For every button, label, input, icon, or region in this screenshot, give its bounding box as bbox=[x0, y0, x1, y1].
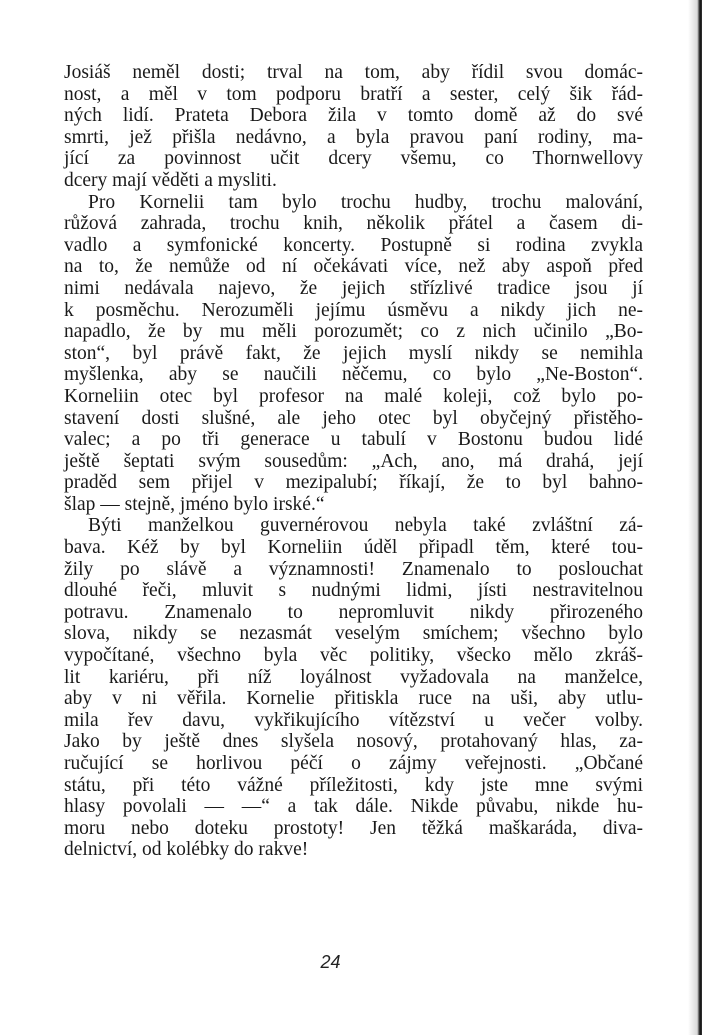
text-line: slova, nikdy se nezasmát veselým smíchem… bbox=[64, 623, 643, 645]
text-line: stavení dosti slušné, ale jeho otec byl … bbox=[64, 408, 643, 430]
text-line: ných lidí. Prateta Debora žila v tomto d… bbox=[64, 105, 643, 127]
text-line: ještě šeptati svým sousedům: „Ach, ano, … bbox=[64, 451, 643, 473]
text-line: dcery mají věděti a mysliti. bbox=[64, 170, 643, 192]
text-line: praděd sem přijel v mezipalubí; říkají, … bbox=[64, 472, 643, 494]
text-line: Korneliin otec byl profesor na malé kole… bbox=[64, 386, 643, 408]
text-line: Býti manželkou guvernérovou nebyla také … bbox=[64, 515, 643, 537]
text-line: Pro Kornelii tam bylo trochu hudby, troc… bbox=[64, 192, 643, 214]
text-line: ručující se horlivou péčí o zájmy veřejn… bbox=[64, 753, 643, 775]
text-line: žily po slávě a významnosti! Znamenalo t… bbox=[64, 559, 643, 581]
text-line: potravu. Znamenalo to nepromluvit nikdy … bbox=[64, 602, 643, 624]
text-line: státu, při této vážné příležitosti, kdy … bbox=[64, 775, 643, 797]
text-line: šlap — stejně, jméno bylo irské.“ bbox=[64, 494, 643, 516]
text-line: hlasy povolali — —“ a tak dále. Nikde pů… bbox=[64, 796, 643, 818]
text-line: moru nebo doteku prostoty! Jen těžká maš… bbox=[64, 818, 643, 840]
text-line: mila řev davu, vykřikujícího vítězství u… bbox=[64, 710, 643, 732]
text-line: Josiáš neměl dosti; trval na tom, aby ří… bbox=[64, 62, 643, 84]
text-line: nimi nedávala najevo, že jejich střízliv… bbox=[64, 278, 643, 300]
page-number: 24 bbox=[0, 952, 685, 973]
text-line: delnictví, od kolébky do rakve! bbox=[64, 839, 643, 861]
text-line: vadlo a symfonické koncerty. Postupně si… bbox=[64, 235, 643, 257]
text-line: napadlo, že by mu měli porozumět; co z n… bbox=[64, 321, 643, 343]
text-line: Jako by ještě dnes slyšela nosový, prota… bbox=[64, 731, 643, 753]
text-line: dlouhé řeči, mluvit s nudnými lidmi, jís… bbox=[64, 580, 643, 602]
text-line: lit kariéru, při níž loyálnost vyžadoval… bbox=[64, 667, 643, 689]
text-line: ston“, byl právě fakt, že jejich myslí n… bbox=[64, 343, 643, 365]
book-spine-shadow bbox=[688, 0, 697, 1035]
text-line: aby v ni věřila. Kornelie přitiskla ruce… bbox=[64, 688, 643, 710]
text-line: k posměchu. Nerozuměli jejímu úsměvu a n… bbox=[64, 300, 643, 322]
paragraph-3: Býti manželkou guvernérovou nebyla také … bbox=[64, 515, 643, 861]
text-line: bava. Kéž by byl Korneliin úděl připadl … bbox=[64, 537, 643, 559]
text-line: vypočítané, všechno byla věc politiky, v… bbox=[64, 645, 643, 667]
paragraph-1: Josiáš neměl dosti; trval na tom, aby ří… bbox=[64, 62, 643, 192]
page-body-text: Josiáš neměl dosti; trval na tom, aby ří… bbox=[64, 62, 643, 861]
text-line: valec; a po tři generace u tabulí v Bost… bbox=[64, 429, 643, 451]
text-line: růžová zahrada, trochu knih, několik přá… bbox=[64, 213, 643, 235]
text-line: jící za povinnost učit dcery všemu, co T… bbox=[64, 148, 643, 170]
text-line: nost, a měl v tom podporu bratří a seste… bbox=[64, 84, 643, 106]
text-line: na to, že nemůže od ní očekávati více, n… bbox=[64, 256, 643, 278]
book-spine-edge bbox=[697, 0, 702, 1035]
text-line: smrti, jež přišla nedávno, a byla pravou… bbox=[64, 127, 643, 149]
text-line: myšlenka, aby se naučili něčemu, co bylo… bbox=[64, 364, 643, 386]
paragraph-2: Pro Kornelii tam bylo trochu hudby, troc… bbox=[64, 192, 643, 516]
